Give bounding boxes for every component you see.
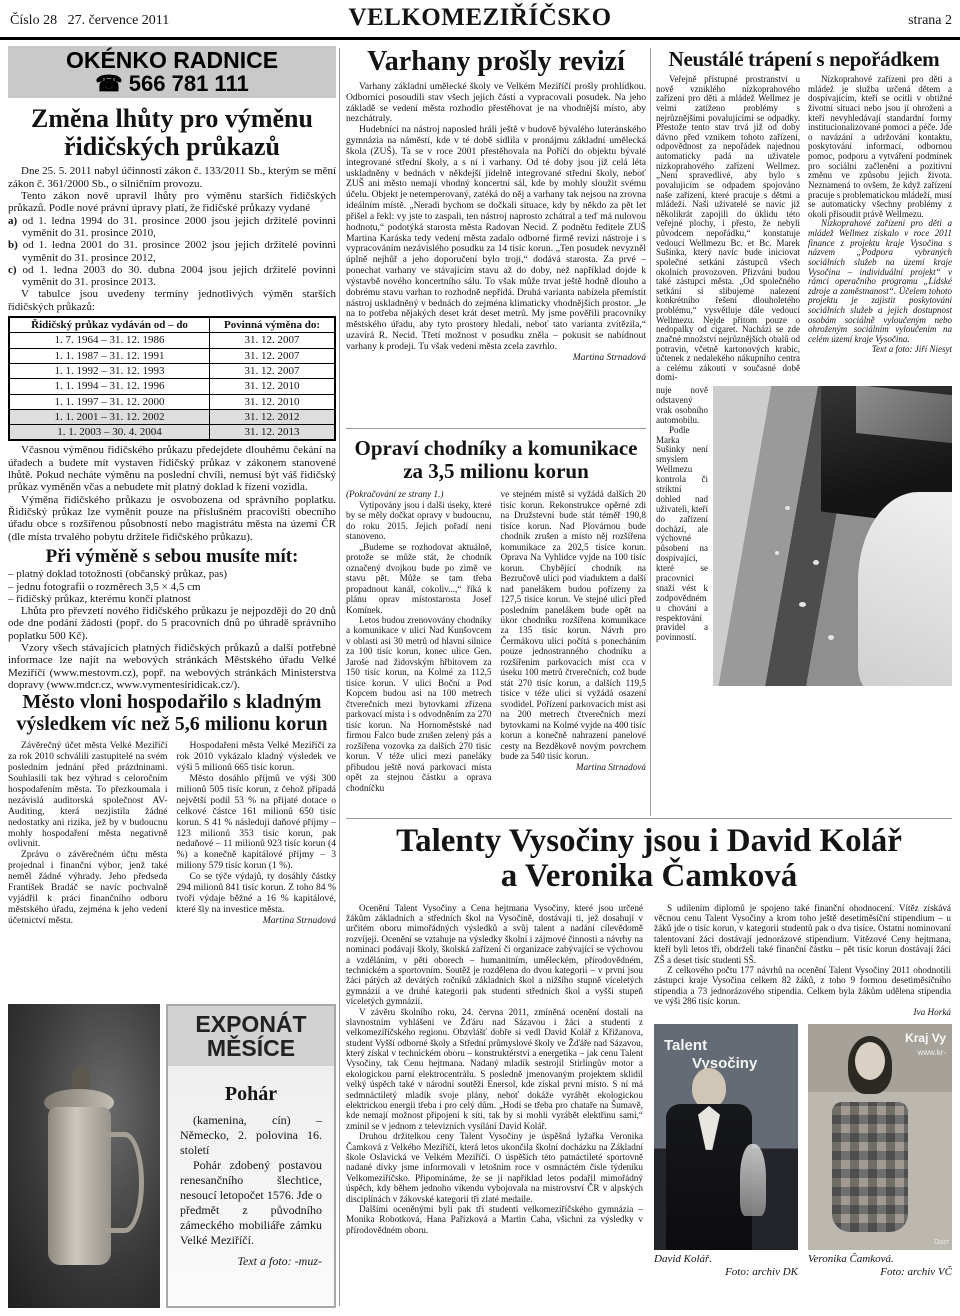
table-row: 1. 1. 1994 – 31. 12. 199631. 12. 2010 <box>9 379 335 394</box>
tankard-handle <box>105 1132 143 1233</box>
paragraph: nuje nově odstavený vrak osobního automo… <box>656 386 708 426</box>
photo-veronika-camkova: Kraj Vy www.kr- Dozr <box>808 1024 952 1250</box>
checklist-item: – platný doklad totožnosti (občanský prů… <box>8 568 336 580</box>
cell-issued: 1. 1. 1992 – 31. 12. 1993 <box>9 363 210 378</box>
paragraph: Město dosáhlo příjmů ve výši 300 milionů… <box>177 774 337 872</box>
car-windshield-shape <box>856 386 952 443</box>
author-byline: Iva Horká <box>654 1007 951 1017</box>
checklist-item: – řidičský průkaz, kterému končí platnos… <box>8 593 336 605</box>
table-row: 1. 1. 2003 – 30. 4. 200431. 12. 2013 <box>9 425 335 441</box>
table-row: 1. 1. 1987 – 31. 12. 199131. 12. 2007 <box>9 348 335 363</box>
paragraph: Letos budou zrenovovány chodníky a komun… <box>346 615 492 793</box>
cell-issued: 1. 1. 1997 – 31. 12. 2000 <box>9 394 210 409</box>
town-hall-window-title: OKÉNKO RADNICE <box>8 48 336 72</box>
paragraph: Vzory všech stávajících platných řidičsk… <box>8 642 336 690</box>
exhibit-text: Pohár (kamenina, cín) – Německo, 2. polo… <box>168 1066 334 1269</box>
person-head-shape <box>855 1042 885 1080</box>
issue-date: 27. července 2011 <box>68 13 170 28</box>
paragraph-italic: Nízkoprahové zařízení pro děti a mládež … <box>808 219 952 344</box>
checklist-item: – jednu fotografii o rozměrech 3,5 × 4,5… <box>8 581 336 593</box>
item-text: od 1. ledna 2003 do 30. dubna 2004 jsou … <box>17 264 336 288</box>
page-header: Číslo 28 27. července 2011 VELKOMEZIŘÍČS… <box>0 0 960 36</box>
paragraph: Vytipovány jsou i další úseky, které by … <box>346 500 492 542</box>
phone-icon: ☎ <box>95 71 122 96</box>
headline-line1: Opraví chodníky a komunikace <box>346 437 646 460</box>
paragraph: ve stejném místě si vyžádá dalších 20 ti… <box>501 489 647 762</box>
car-airbag-shape <box>858 492 952 686</box>
litter-speck <box>828 635 834 640</box>
text-column-2: ve stejném místě si vyžádá dalších 20 ti… <box>501 489 647 793</box>
article-headline: Změna lhůty pro výměnu řidičských průkaz… <box>8 105 336 160</box>
article-columns: Závěrečný účet města Velké Meziříčí za r… <box>8 741 336 927</box>
photo-block-veronika: Kraj Vy www.kr- Dozr Veronika Čamková. F… <box>808 1024 952 1279</box>
photo-credit: Text a foto: -muz- <box>180 1254 322 1269</box>
town-hall-phone-line: ☎ 566 781 111 <box>8 72 336 95</box>
paragraph: Zprávu o závěrečném účtu města projednal… <box>8 850 168 926</box>
exhibit-name: Pohár <box>180 1082 322 1107</box>
paragraph: S udílením diplomů je spojeno také finan… <box>654 903 951 965</box>
paragraph: Dalšími oceněnými byli pak tři studenti … <box>346 1204 643 1235</box>
page-number: strana 2 <box>908 13 952 29</box>
column-header: Povinná výměna do: <box>210 317 335 333</box>
litter-speck <box>799 602 806 607</box>
photo-credit: Foto: archiv VČ <box>808 1266 952 1279</box>
paragraph: Hudebníci na nástroj naposled hráli ješt… <box>346 125 646 352</box>
cell-deadline: 31. 12. 2010 <box>210 379 335 394</box>
article-headline: Opraví chodníky a komunikace za 3,5 mili… <box>346 437 646 483</box>
article-headline: Město vloni hospodařilo s kladným výsled… <box>8 692 336 735</box>
text-column-1: (Pokračování ze strany 1.) Vytipovány js… <box>346 489 492 793</box>
town-hall-window-box: OKÉNKO RADNICE ☎ 566 781 111 <box>8 46 336 98</box>
photo-credit: Foto: archiv DK <box>654 1266 798 1279</box>
subheadline: Při výměně s sebou musíte mít: <box>8 546 336 567</box>
paragraph: Včasnou výměnou řidičského průkazu přede… <box>8 444 336 493</box>
photo-david-kolar: Talent Vysočiny <box>654 1024 798 1250</box>
kraj-vysocina-logo-text: Kraj Vy <box>905 1032 946 1046</box>
table-row: 1. 1. 2001 – 31. 12. 200231. 12. 2012 <box>9 409 335 424</box>
continuation-note: (Pokračování ze strany 1.) <box>346 489 492 499</box>
table-row: 1. 1. 1992 – 31. 12. 199331. 12. 2007 <box>9 363 335 378</box>
list-item: c) od 1. ledna 2003 do 30. dubna 2004 js… <box>8 264 336 289</box>
tankard-body <box>48 1107 112 1265</box>
column-header: Řidičský průkaz vydáván od – do <box>9 317 210 333</box>
table-intro: V tabulce jsou uvedeny termíny jednotliv… <box>8 288 336 313</box>
paragraph: Varhany základní umělecké školy ve Velké… <box>346 82 646 125</box>
list-item: b) od 1. ledna 2001 do 31. prosince 2002… <box>8 239 336 264</box>
column-divider-right <box>650 48 651 816</box>
photo-block-david: Talent Vysočiny David Kolář. Foto: archi… <box>654 1024 798 1279</box>
article-sidewalk-repairs: Opraví chodníky a komunikace za 3,5 mili… <box>346 428 646 816</box>
text-column-1: Veřejně přístupné prostranství u nově vz… <box>656 75 800 383</box>
paragraph: Výměna řidičského průkazu je osvobozena … <box>8 494 336 543</box>
paragraph: Lhůta pro převzetí nového řidičského prů… <box>8 605 336 642</box>
author-byline: Martina Strnadová <box>501 762 647 772</box>
paragraph: Pohár zdobený postavou renesančního šlec… <box>180 1158 322 1248</box>
text-column-2: S udílením diplomů je spojeno také finan… <box>654 903 951 1280</box>
paragraph: Dne 25. 5. 2011 nabyl účinnosti zákon č.… <box>8 165 336 190</box>
article-headline: Neustálé trápení s nepořádkem <box>656 48 952 70</box>
table-row: 1. 7. 1964 – 31. 12. 198631. 12. 2007 <box>9 333 335 348</box>
text-column-1: Závěrečný účet města Velké Meziříčí za r… <box>8 741 168 927</box>
photo-watermark: Dozr <box>934 1239 949 1247</box>
paragraph: Hospodaření města Velké Meziříčí za rok … <box>177 741 337 774</box>
exhibit-title-line2: MĚSÍCE <box>168 1036 334 1060</box>
list-item: a) od 1. ledna 1994 do 31. prosince 2000… <box>8 215 336 240</box>
cell-issued: 1. 1. 1987 – 31. 12. 1991 <box>9 348 210 363</box>
article-body: Dne 25. 5. 2011 nabyl účinnosti zákon č.… <box>8 165 336 690</box>
exhibit-title-line1: EXPONÁT <box>168 1012 334 1036</box>
paragraph: Veřejně přístupné prostranství u nově vz… <box>656 75 800 383</box>
cell-deadline: 31. 12. 2007 <box>210 348 335 363</box>
litter-speck <box>775 551 779 555</box>
article-city-budget: Město vloni hospodařilo s kladným výsled… <box>8 692 336 998</box>
photo-credit: Text a foto: Jiří Niesyt <box>808 345 952 355</box>
item-marker: a) <box>8 215 17 227</box>
exhibit-panel: EXPONÁT MĚSÍCE Pohár (kamenina, cín) – N… <box>166 1004 336 1308</box>
cell-issued: 1. 1. 2003 – 30. 4. 2004 <box>9 425 210 441</box>
issue-and-date: Číslo 28 27. července 2011 <box>10 13 169 29</box>
article-organ-revision: Varhany prošly revizí Varhany základní u… <box>346 46 646 426</box>
header-rule <box>0 37 960 40</box>
author-byline: Martina Strnadová <box>177 916 337 927</box>
table-header-row: Řidičský průkaz vydáván od – do Povinná … <box>9 317 335 333</box>
text-column-1: Ocenění Talent Vysočiny a Cena hejtmana … <box>346 903 643 1280</box>
table-row: 1. 1. 1997 – 31. 12. 200031. 12. 2010 <box>9 394 335 409</box>
article-drivers-licence: OKÉNKO RADNICE ☎ 566 781 111 Změna lhůty… <box>8 46 336 690</box>
paragraph: Ocenění Talent Vysočiny a Cena hejtmana … <box>346 903 643 1007</box>
cell-issued: 1. 1. 2001 – 31. 12. 2002 <box>9 409 210 424</box>
paragraph: Závěrečný účet města Velké Meziříčí za r… <box>8 741 168 850</box>
kraj-vysocina-url-text: www.kr- <box>918 1048 946 1057</box>
text-column-2: Nízkoprahové zařízení pro děti a mládež … <box>808 75 952 383</box>
cell-deadline: 31. 12. 2012 <box>210 409 335 424</box>
cell-issued: 1. 1. 1994 – 31. 12. 1996 <box>9 379 210 394</box>
item-text: od 1. ledna 1994 do 31. prosince 2000 js… <box>17 215 336 239</box>
article-headline: Varhany prošly revizí <box>346 48 646 76</box>
cell-deadline: 31. 12. 2007 <box>210 333 335 348</box>
photo-row: Talent Vysočiny David Kolář. Foto: archi… <box>654 1024 951 1279</box>
paragraph: V závěru školního roku, 24. června 2011,… <box>346 1007 643 1132</box>
poster-text-talent: Talent <box>664 1038 707 1055</box>
photo-caption: Veronika Čamková. <box>808 1253 952 1266</box>
masthead: VELKOMEZIŘÍČSKO <box>348 4 611 32</box>
paragraph: Z celkového počtu 177 návrhů na ocenění … <box>654 965 951 1007</box>
article-talents-of-vysocina: Talenty Vysočiny jsou i David Kolář a Ve… <box>346 824 952 1308</box>
paragraph: (kamenina, cín) – Německo, 2. polovina 1… <box>180 1113 322 1158</box>
cell-deadline: 31. 12. 2007 <box>210 363 335 378</box>
headline-line1: Talenty Vysočiny jsou i David Kolář <box>346 824 952 859</box>
article-litter-trouble: Neustálé trápení s nepořádkem Veřejně př… <box>656 46 952 816</box>
article-columns: Veřejně přístupné prostranství u nově vz… <box>656 75 952 383</box>
paragraph: Co se týče výdajů, ty dosáhly částky 294… <box>177 872 337 916</box>
paragraph: Tento zákon nově upravil lhůty pro výměn… <box>8 190 336 215</box>
item-marker: c) <box>8 264 17 276</box>
column-divider-left <box>339 48 340 1306</box>
paragraph: Nízkoprahové zařízení pro děti a mládež … <box>808 75 952 219</box>
exhibit-box-title: EXPONÁT MĚSÍCE <box>168 1006 334 1066</box>
photo-abandoned-car-wreck <box>713 386 952 686</box>
headline-line2: za 3,5 milionu korun <box>346 460 646 483</box>
litter-speck <box>813 560 819 565</box>
headline-line2: a Veronika Čamková <box>346 859 952 894</box>
article-columns: (Pokračování ze strany 1.) Vytipovány js… <box>346 489 646 793</box>
issue-number: Číslo 28 <box>10 13 57 28</box>
newspaper-page: Číslo 28 27. července 2011 VELKOMEZIŘÍČS… <box>0 0 960 1316</box>
paragraph: Druhou držitelkou ceny Talent Vysočiny j… <box>346 1131 643 1204</box>
cell-deadline: 31. 12. 2010 <box>210 394 335 409</box>
article-bottom-row: nuje nově odstavený vrak osobního automo… <box>656 386 952 686</box>
phone-number: 566 781 111 <box>129 71 249 96</box>
person-head-shape <box>692 1068 726 1108</box>
exhibit-of-the-month: EXPONÁT MĚSÍCE Pohár (kamenina, cín) – N… <box>8 1004 336 1308</box>
licence-exchange-table: Řidičský průkaz vydáván od – do Povinná … <box>8 316 336 441</box>
text-column-2: Hospodaření města Velké Meziříčí za rok … <box>177 741 337 927</box>
cell-issued: 1. 7. 1964 – 31. 12. 1986 <box>9 333 210 348</box>
wrap-text-column: nuje nově odstavený vrak osobního automo… <box>656 386 713 686</box>
photo-caption: David Kolář. <box>654 1253 798 1266</box>
litter-speck <box>785 506 790 510</box>
article-columns: Ocenění Talent Vysočiny a Cena hejtmana … <box>346 903 952 1280</box>
plaid-dress-shape <box>832 1102 908 1232</box>
trophy-shape <box>740 1144 766 1216</box>
paragraph: Podle Marka Sušinky není smyslem Wellmez… <box>656 426 708 644</box>
item-marker: b) <box>8 239 18 251</box>
paragraph: „Budeme se rozhodovat aktuálně, protože … <box>346 542 492 615</box>
item-text: od 1. ledna 2001 do 31. prosince 2002 js… <box>18 239 336 263</box>
author-byline: Martina Strnadová <box>346 353 646 364</box>
article-headline: Talenty Vysočiny jsou i David Kolář a Ve… <box>346 824 952 895</box>
talents-top-divider <box>346 818 952 819</box>
cell-deadline: 31. 12. 2013 <box>210 425 335 441</box>
exhibit-photo-tankard <box>8 1004 160 1308</box>
